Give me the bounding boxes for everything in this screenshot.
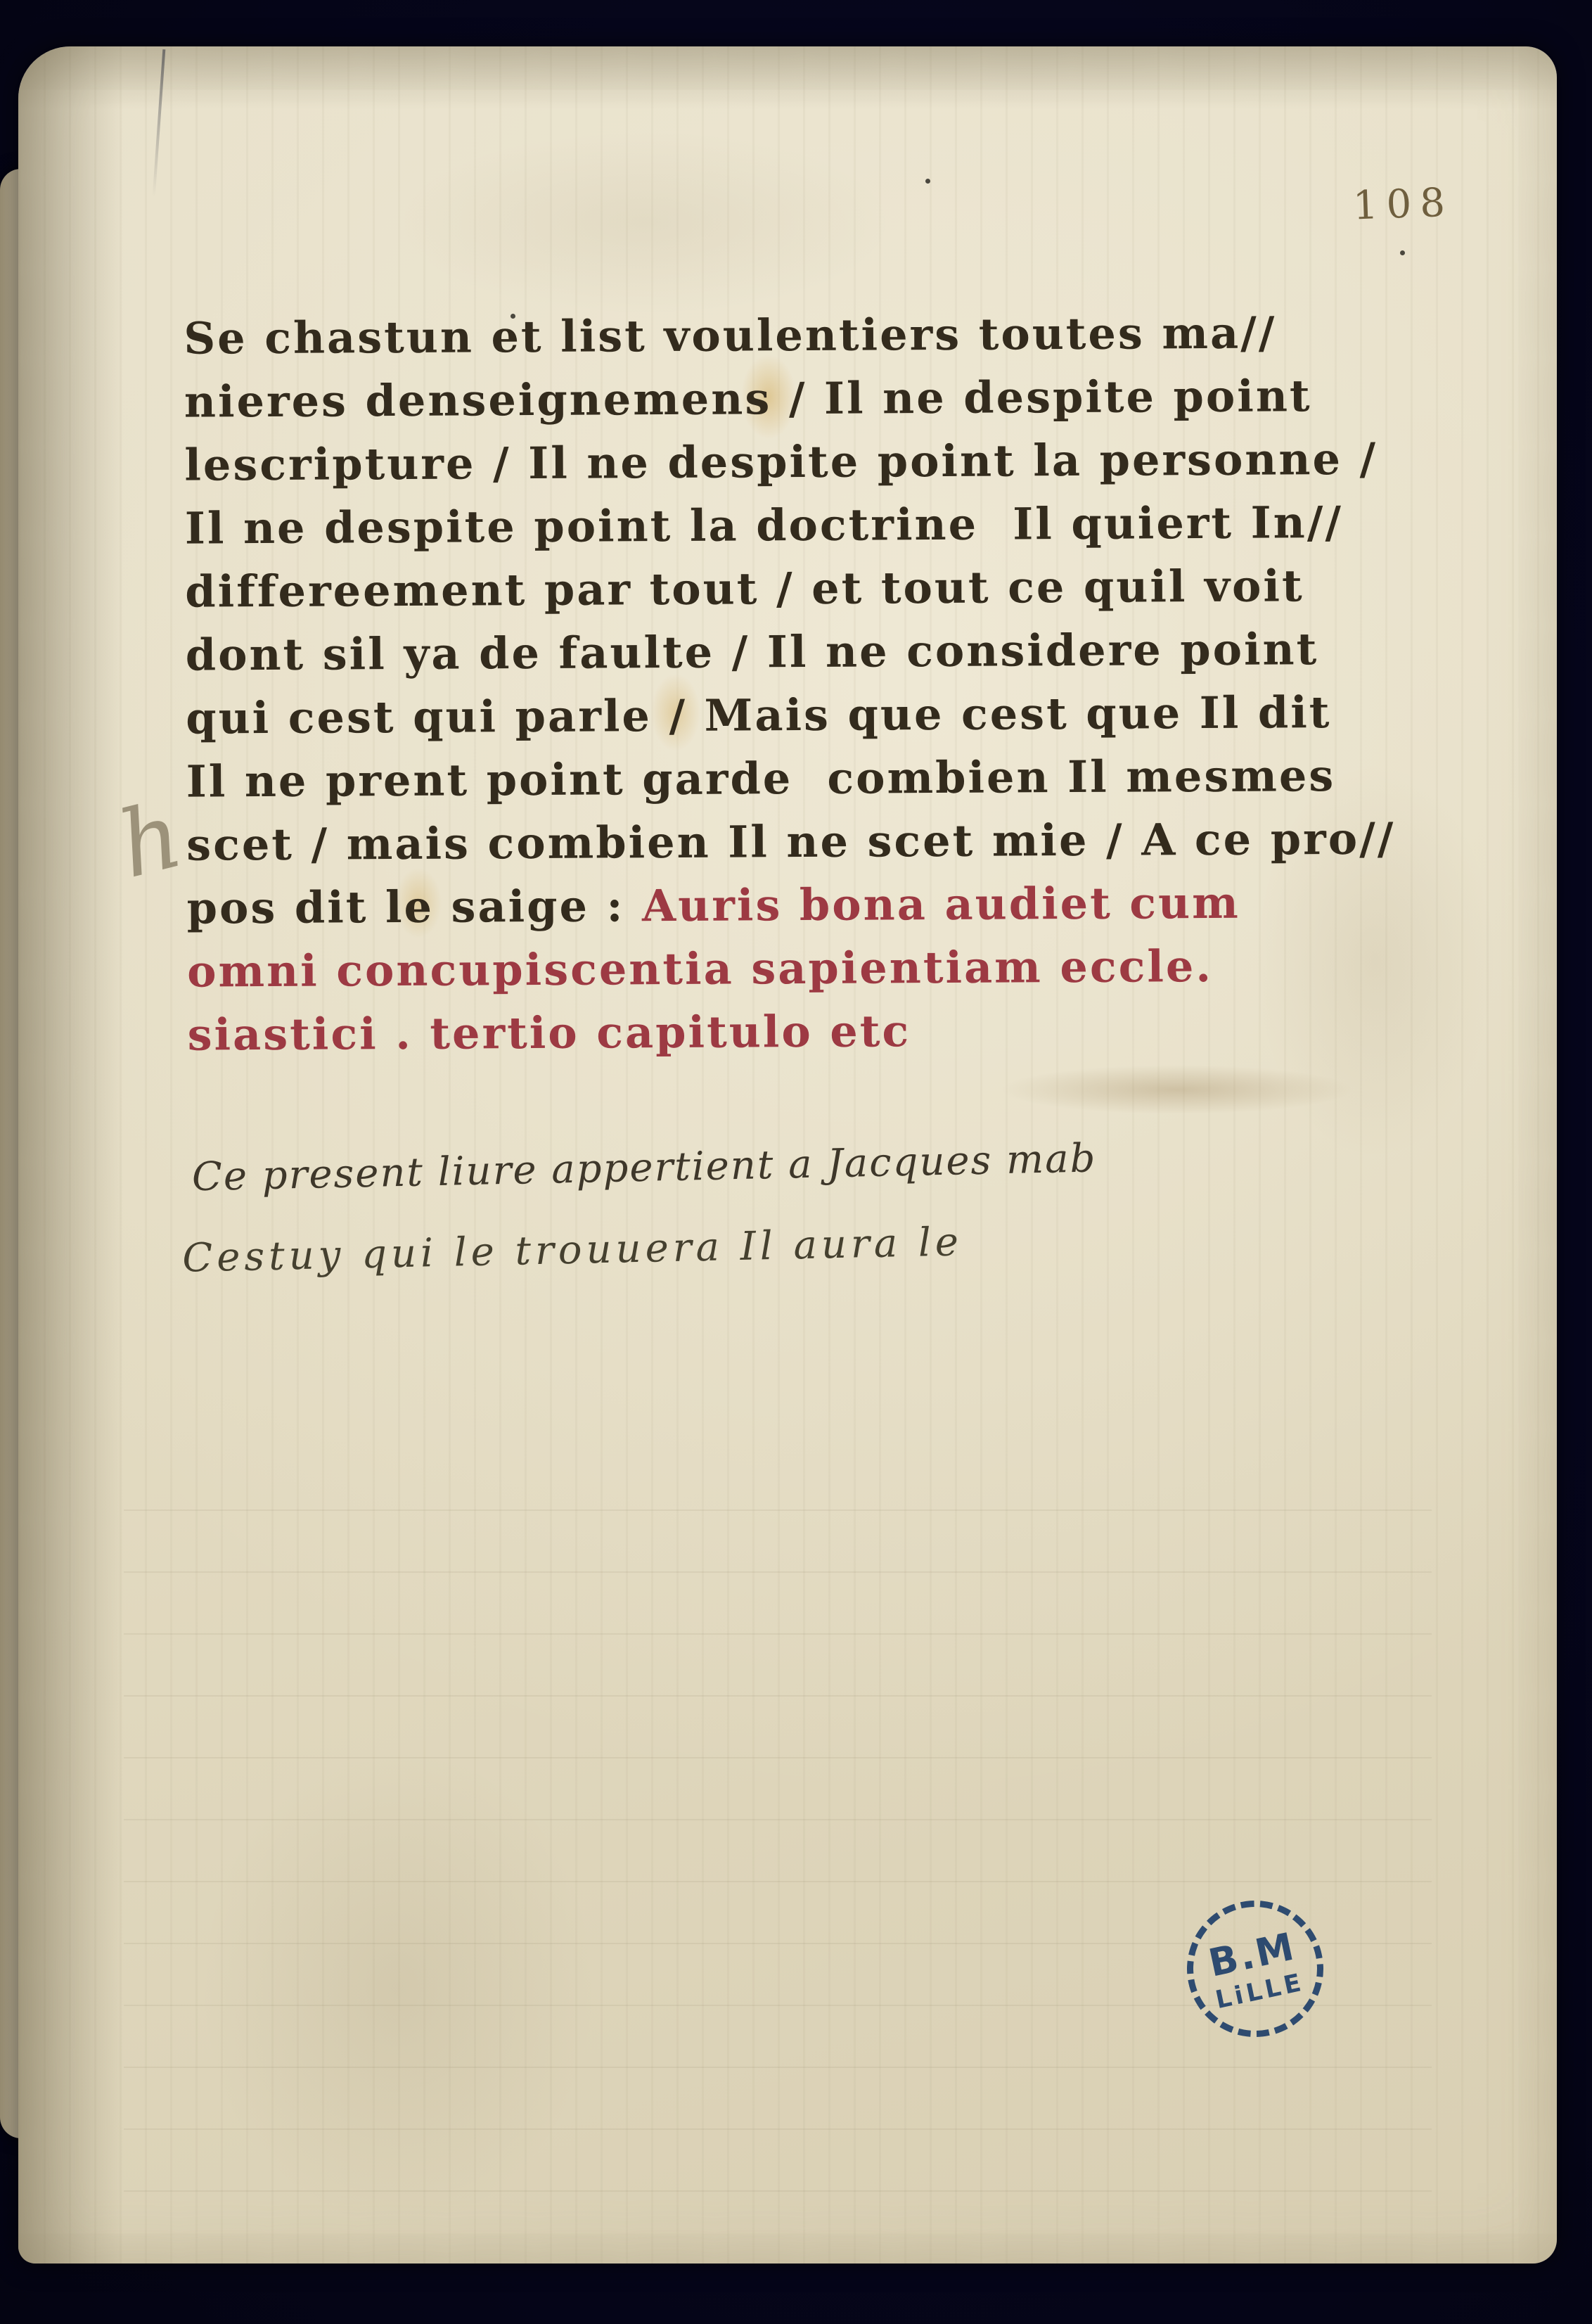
text-run-rubric: siastici . tertio capitulo etc <box>187 1005 911 1060</box>
manuscript-line: differeement par tout / et tout ce quil … <box>185 554 1423 623</box>
ink-speck <box>925 179 930 184</box>
text-run: differeement par tout / et tout ce quil … <box>185 560 1304 617</box>
text-run: lescripture / Il ne despite point la per… <box>184 433 1378 491</box>
top-edge-shadow <box>18 46 1557 110</box>
ownership-inscription: Ce present liure appertient a Jacques ma… <box>191 1128 1487 1281</box>
manuscript-line: lescripture / Il ne despite point la per… <box>184 427 1422 497</box>
stain <box>201 1749 595 2227</box>
text-run: dont sil ya de faulte / Il ne considere … <box>186 623 1319 680</box>
stain <box>398 131 890 314</box>
text-run-rubric: omni concupiscentia sapientiam eccle. <box>187 940 1213 997</box>
manuscript-line: nieres denseignemens / Il ne despite poi… <box>184 364 1422 433</box>
manuscript-line: qui cest qui parle / Mais que cest que I… <box>186 680 1423 750</box>
text-run: pos dit le saige : <box>186 880 642 933</box>
manuscript-line: pos dit le saige : Auris bona audiet cum <box>186 870 1424 940</box>
manuscript-line: Il ne despite point la doctrine Il quier… <box>185 490 1423 560</box>
manuscript-line: scet / mais combien Il ne scet mie / A c… <box>186 807 1424 876</box>
manuscript-line: omni concupiscentia sapientiam eccle. <box>187 933 1425 1003</box>
text-run: Il ne prent point garde combien Il mesme… <box>186 750 1336 807</box>
manuscript-page: 108 Se chastun et list voulentiers toute… <box>18 46 1557 2264</box>
gutter-shadow <box>18 46 124 2264</box>
manuscript-line: Se chastun et list voulentiers toutes ma… <box>184 300 1421 370</box>
manuscript-line: dont sil ya de faulte / Il ne considere … <box>186 617 1423 687</box>
text-run: Se chastun et list voulentiers toutes ma… <box>184 307 1276 364</box>
manuscript-line: Il ne prent point garde combien Il mesme… <box>186 743 1423 813</box>
ink-speck <box>1400 250 1405 255</box>
main-text-block: Se chastun et list voulentiers toutes ma… <box>184 300 1425 1066</box>
text-run: nieres denseignemens / Il ne despite poi… <box>184 370 1312 427</box>
manuscript-line: siastici . tertio capitulo etc <box>187 997 1425 1066</box>
text-run-rubric: Auris bona audiet cum <box>642 877 1240 931</box>
photo-background: 108 Se chastun et list voulentiers toute… <box>0 0 1592 2324</box>
text-run: Il ne despite point la doctrine Il quier… <box>185 497 1344 554</box>
text-run: scet / mais combien Il ne scet mie / A c… <box>186 813 1396 871</box>
text-run: qui cest qui parle / Mais que cest que I… <box>186 687 1332 744</box>
folio-number: 108 <box>1352 180 1454 229</box>
